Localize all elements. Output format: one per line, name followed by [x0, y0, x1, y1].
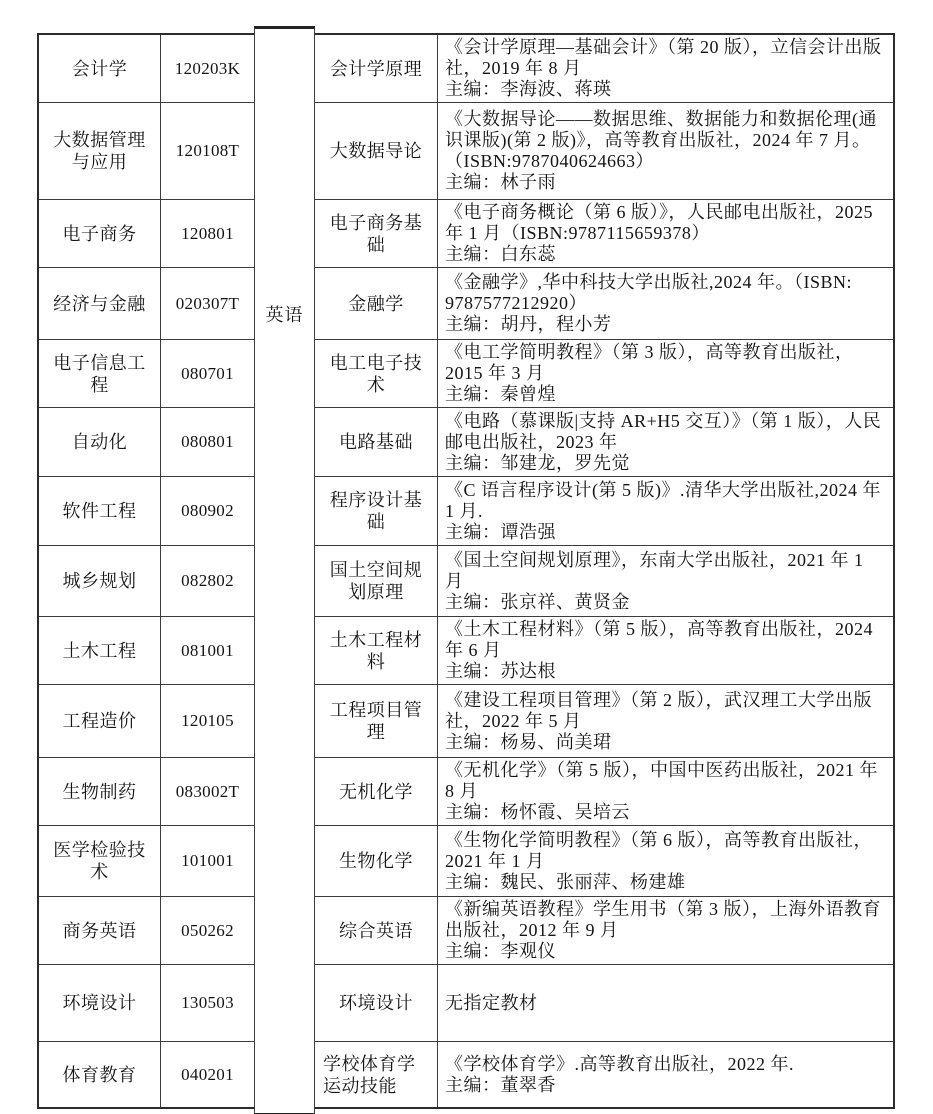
textbook-editor: 主编：董翠香	[445, 1075, 883, 1096]
textbook-cell: 《电工学简明教程》（第 3 版），高等教育出版社，2015 年 3 月主编：秦曾…	[438, 340, 893, 408]
course-cell: 生物化学	[315, 826, 438, 897]
textbook-cell: 无指定教材	[438, 965, 893, 1042]
textbook-title: 《电路（慕课版|支持 AR+H5 交互）》（第 1 版），人民邮电出版社，202…	[445, 411, 883, 453]
textbook-editor: 主编：魏民、张丽萍、杨建雄	[445, 872, 883, 893]
textbook-title: 《土木工程材料》（第 5 版），高等教育出版社，2024 年 6 月	[445, 619, 883, 661]
textbook-editor: 主编：杨易、尚美珺	[445, 732, 883, 753]
major-cell: 环境设计	[39, 965, 161, 1042]
course-cell: 大数据导论	[315, 103, 438, 200]
textbook-title: 《金融学》,华中科技大学出版社,2024 年。（ISBN: 9787577212…	[445, 272, 883, 314]
code-cell: 080902	[161, 477, 254, 546]
major-cell: 电子商务	[39, 200, 161, 268]
code-cell: 040201	[161, 1042, 254, 1107]
document-page: 会计学120203K会计学原理《会计学原理—基础会计》（第 20 版），立信会计…	[0, 0, 933, 1114]
textbook-cell: 《金融学》,华中科技大学出版社,2024 年。（ISBN: 9787577212…	[438, 268, 893, 340]
textbook-title: 《C 语言程序设计(第 5 版)》.清华大学出版社,2024 年 1 月.	[445, 480, 883, 522]
textbook-editor: 主编：张京祥、黄贤金	[445, 592, 883, 613]
textbook-title: 无指定教材	[445, 993, 883, 1014]
major-cell: 城乡规划	[39, 546, 161, 617]
textbook-cell: 《会计学原理—基础会计》（第 20 版），立信会计出版社，2019 年 8 月主…	[438, 35, 893, 103]
major-cell: 自动化	[39, 408, 161, 477]
code-cell: 080801	[161, 408, 254, 477]
course-cell: 无机化学	[315, 758, 438, 826]
course-cell: 综合英语	[315, 897, 438, 965]
major-cell: 工程造价	[39, 685, 161, 758]
textbook-editor: 主编：胡丹，程小芳	[445, 314, 883, 335]
textbook-cell: 《新编英语教程》学生用书（第 3 版），上海外语教育出版社，2012 年 9 月…	[438, 897, 893, 965]
textbook-editor: 主编：杨怀霞、吴培云	[445, 802, 883, 823]
textbook-table: 会计学120203K会计学原理《会计学原理—基础会计》（第 20 版），立信会计…	[37, 33, 895, 1109]
major-cell: 商务英语	[39, 897, 161, 965]
textbook-cell: 《电路（慕课版|支持 AR+H5 交互）》（第 1 版），人民邮电出版社，202…	[438, 408, 893, 477]
code-cell: 050262	[161, 897, 254, 965]
textbook-cell: 《建设工程项目管理》（第 2 版），武汉理工大学出版社，2022 年 5 月主编…	[438, 685, 893, 758]
textbook-title: 《会计学原理—基础会计》（第 20 版），立信会计出版社，2019 年 8 月	[445, 37, 883, 79]
major-cell: 会计学	[39, 35, 161, 103]
code-cell: 080701	[161, 340, 254, 408]
major-cell: 经济与金融	[39, 268, 161, 340]
course-cell: 环境设计	[315, 965, 438, 1042]
major-cell: 医学检验技术	[39, 826, 161, 897]
course-cell: 电路基础	[315, 408, 438, 477]
code-cell: 101001	[161, 826, 254, 897]
course-cell: 金融学	[315, 268, 438, 340]
course-cell: 土木工程材料	[315, 617, 438, 685]
code-cell: 120801	[161, 200, 254, 268]
textbook-editor: 主编：秦曾煌	[445, 384, 883, 405]
major-cell: 大数据管理与应用	[39, 103, 161, 200]
major-cell: 生物制药	[39, 758, 161, 826]
textbook-cell: 《C 语言程序设计(第 5 版)》.清华大学出版社,2024 年 1 月.主编：…	[438, 477, 893, 546]
textbook-cell: 《电子商务概论（第 6 版）》，人民邮电出版社，2025 年 1 月（ISBN:…	[438, 200, 893, 268]
textbook-editor: 主编：邹建龙，罗先觉	[445, 453, 883, 474]
textbook-editor: 主编：李海波、蒋瑛	[445, 79, 883, 100]
textbook-cell: 《生物化学简明教程》（第 6 版），高等教育出版社，2021 年 1 月主编：魏…	[438, 826, 893, 897]
code-cell: 120108T	[161, 103, 254, 200]
code-cell: 081001	[161, 617, 254, 685]
textbook-editor: 主编：白东蕊	[445, 244, 883, 265]
language-merged-cell: 英语	[254, 26, 315, 1114]
course-cell: 程序设计基础	[315, 477, 438, 546]
textbook-title: 《学校体育学》.高等教育出版社，2022 年.	[445, 1054, 883, 1075]
textbook-cell: 《国土空间规划原理》，东南大学出版社，2021 年 1 月主编：张京祥、黄贤金	[438, 546, 893, 617]
major-cell: 电子信息工程	[39, 340, 161, 408]
textbook-editor: 主编：苏达根	[445, 661, 883, 682]
textbook-title: 《建设工程项目管理》（第 2 版），武汉理工大学出版社，2022 年 5 月	[445, 690, 883, 732]
textbook-title: 《国土空间规划原理》，东南大学出版社，2021 年 1 月	[445, 550, 883, 592]
textbook-title: 《无机化学》（第 5 版），中国中医药出版社，2021 年 8 月	[445, 760, 883, 802]
textbook-editor: 主编：谭浩强	[445, 522, 883, 543]
code-cell: 130503	[161, 965, 254, 1042]
code-cell: 082802	[161, 546, 254, 617]
textbook-title: 《电子商务概论（第 6 版）》，人民邮电出版社，2025 年 1 月（ISBN:…	[445, 202, 883, 244]
textbook-title: 《电工学简明教程》（第 3 版），高等教育出版社，2015 年 3 月	[445, 342, 883, 384]
textbook-title: 《大数据导论——数据思维、数据能力和数据伦理(通识课版)(第 2 版)》，高等教…	[445, 109, 883, 172]
major-cell: 体育教育	[39, 1042, 161, 1107]
major-cell: 软件工程	[39, 477, 161, 546]
language-label: 英语	[255, 301, 314, 327]
course-cell: 国土空间规划原理	[315, 546, 438, 617]
code-cell: 120203K	[161, 35, 254, 103]
textbook-cell: 《大数据导论——数据思维、数据能力和数据伦理(通识课版)(第 2 版)》，高等教…	[438, 103, 893, 200]
textbook-cell: 《学校体育学》.高等教育出版社，2022 年.主编：董翠香	[438, 1042, 893, 1107]
course-cell: 会计学原理	[315, 35, 438, 103]
course-cell: 电子商务基础	[315, 200, 438, 268]
textbook-cell: 《无机化学》（第 5 版），中国中医药出版社，2021 年 8 月主编：杨怀霞、…	[438, 758, 893, 826]
course-cell: 电工电子技术	[315, 340, 438, 408]
textbook-title: 《生物化学简明教程》（第 6 版），高等教育出版社，2021 年 1 月	[445, 830, 883, 872]
course-cell: 学校体育学运动技能	[315, 1042, 438, 1107]
major-cell: 土木工程	[39, 617, 161, 685]
textbook-editor: 主编：林子雨	[445, 172, 883, 193]
course-cell: 工程项目管理	[315, 685, 438, 758]
code-cell: 020307T	[161, 268, 254, 340]
textbook-title: 《新编英语教程》学生用书（第 3 版），上海外语教育出版社，2012 年 9 月	[445, 899, 883, 941]
textbook-cell: 《土木工程材料》（第 5 版），高等教育出版社，2024 年 6 月主编：苏达根	[438, 617, 893, 685]
code-cell: 120105	[161, 685, 254, 758]
textbook-editor: 主编：李观仪	[445, 941, 883, 962]
code-cell: 083002T	[161, 758, 254, 826]
